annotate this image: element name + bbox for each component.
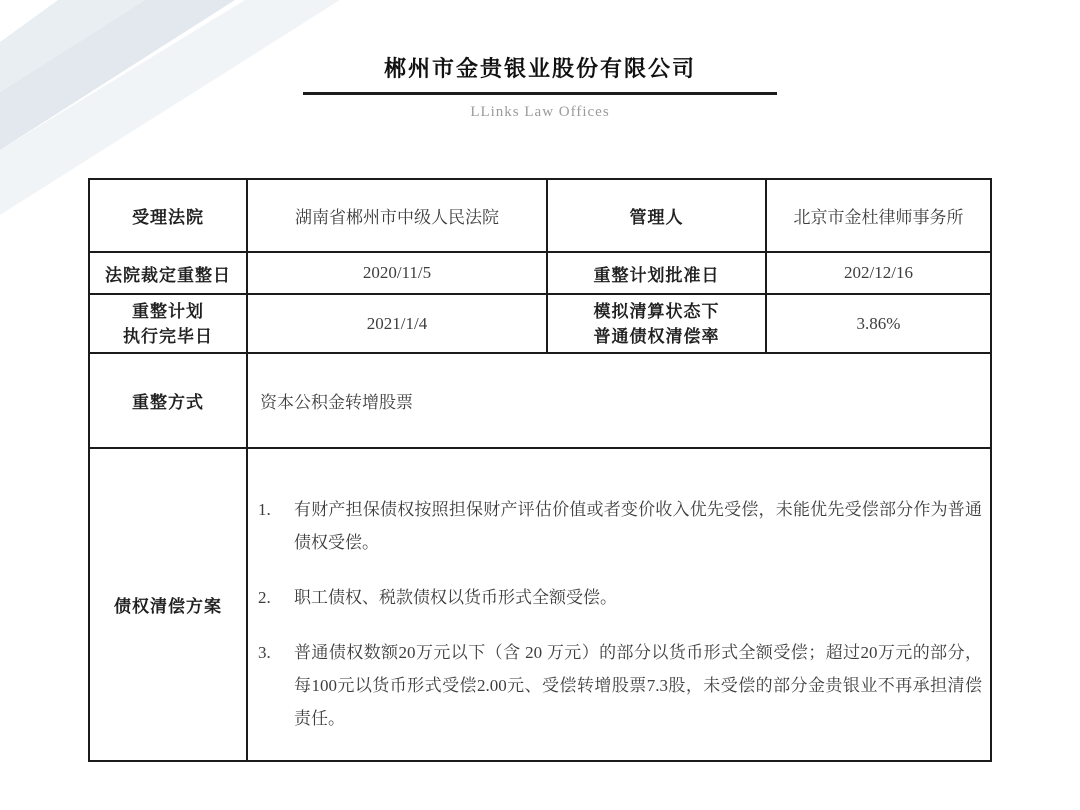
table-row: 重整方式 资本公积金转增股票 (89, 353, 991, 448)
accepting-court-label: 受理法院 (89, 179, 247, 252)
table-row: 重整计划 执行完毕日 2021/1/4 模拟清算状态下 普通债权清偿率 3.86… (89, 294, 991, 353)
simulated-liquidation-rate-label: 模拟清算状态下 普通债权清偿率 (547, 294, 766, 353)
plan-approval-date-value: 202/12/16 (766, 252, 991, 294)
administrator-value: 北京市金杜律师事务所 (766, 179, 991, 252)
title-underline (303, 92, 777, 95)
plan-completion-date-value: 2021/1/4 (247, 294, 547, 353)
accepting-court-value: 湖南省郴州市中级人民法院 (247, 179, 547, 252)
plan-completion-date-label-text: 重整计划 执行完毕日 (123, 299, 213, 349)
law-office-subtitle: LLinks Law Offices (0, 104, 1080, 121)
table-row: 法院裁定重整日 2020/11/5 重整计划批准日 202/12/16 (89, 252, 991, 294)
repayment-plan-label: 债权清偿方案 (89, 448, 247, 761)
restructuring-method-label: 重整方式 (89, 353, 247, 448)
document-header: 郴州市金贵银业股份有限公司 LLinks Law Offices (0, 0, 1080, 121)
table-row: 受理法院 湖南省郴州市中级人民法院 管理人 北京市金杜律师事务所 (89, 179, 991, 252)
ruling-date-value: 2020/11/5 (247, 252, 547, 294)
restructuring-info-table: 受理法院 湖南省郴州市中级人民法院 管理人 北京市金杜律师事务所 法院裁定重整日… (88, 178, 992, 762)
list-item-text: 普通债权数额20万元以下（含 20 万元）的部分以货币形式全额受偿；超过20万元… (294, 636, 982, 735)
list-item: 3. 普通债权数额20万元以下（含 20 万元）的部分以货币形式全额受偿；超过2… (256, 636, 982, 735)
plan-approval-date-label: 重整计划批准日 (547, 252, 766, 294)
list-item-text: 职工债权、税款债权以货币形式全额受偿。 (294, 581, 982, 614)
page-title: 郴州市金贵银业股份有限公司 (0, 54, 1080, 84)
document-page: { "colors": { "border": "#1b1b1b", "titl… (0, 0, 1080, 810)
restructuring-method-value: 资本公积金转增股票 (247, 353, 991, 448)
table-row: 债权清偿方案 1. 有财产担保债权按照担保财产评估价值或者变价收入优先受偿，未能… (89, 448, 991, 761)
list-item: 2. 职工债权、税款债权以货币形式全额受偿。 (256, 581, 982, 614)
administrator-label: 管理人 (547, 179, 766, 252)
repayment-plan-cell: 1. 有财产担保债权按照担保财产评估价值或者变价收入优先受偿，未能优先受偿部分作… (247, 448, 991, 761)
plan-completion-date-label: 重整计划 执行完毕日 (89, 294, 247, 353)
simulated-liquidation-rate-label-text: 模拟清算状态下 普通债权清偿率 (594, 299, 720, 349)
list-item-number: 1. (256, 493, 294, 559)
list-item-number: 2. (256, 581, 294, 614)
list-item-number: 3. (256, 636, 294, 735)
ruling-date-label: 法院裁定重整日 (89, 252, 247, 294)
list-item-text: 有财产担保债权按照担保财产评估价值或者变价收入优先受偿，未能优先受偿部分作为普通… (294, 493, 982, 559)
simulated-liquidation-rate-value: 3.86% (766, 294, 991, 353)
list-item: 1. 有财产担保债权按照担保财产评估价值或者变价收入优先受偿，未能优先受偿部分作… (256, 493, 982, 559)
